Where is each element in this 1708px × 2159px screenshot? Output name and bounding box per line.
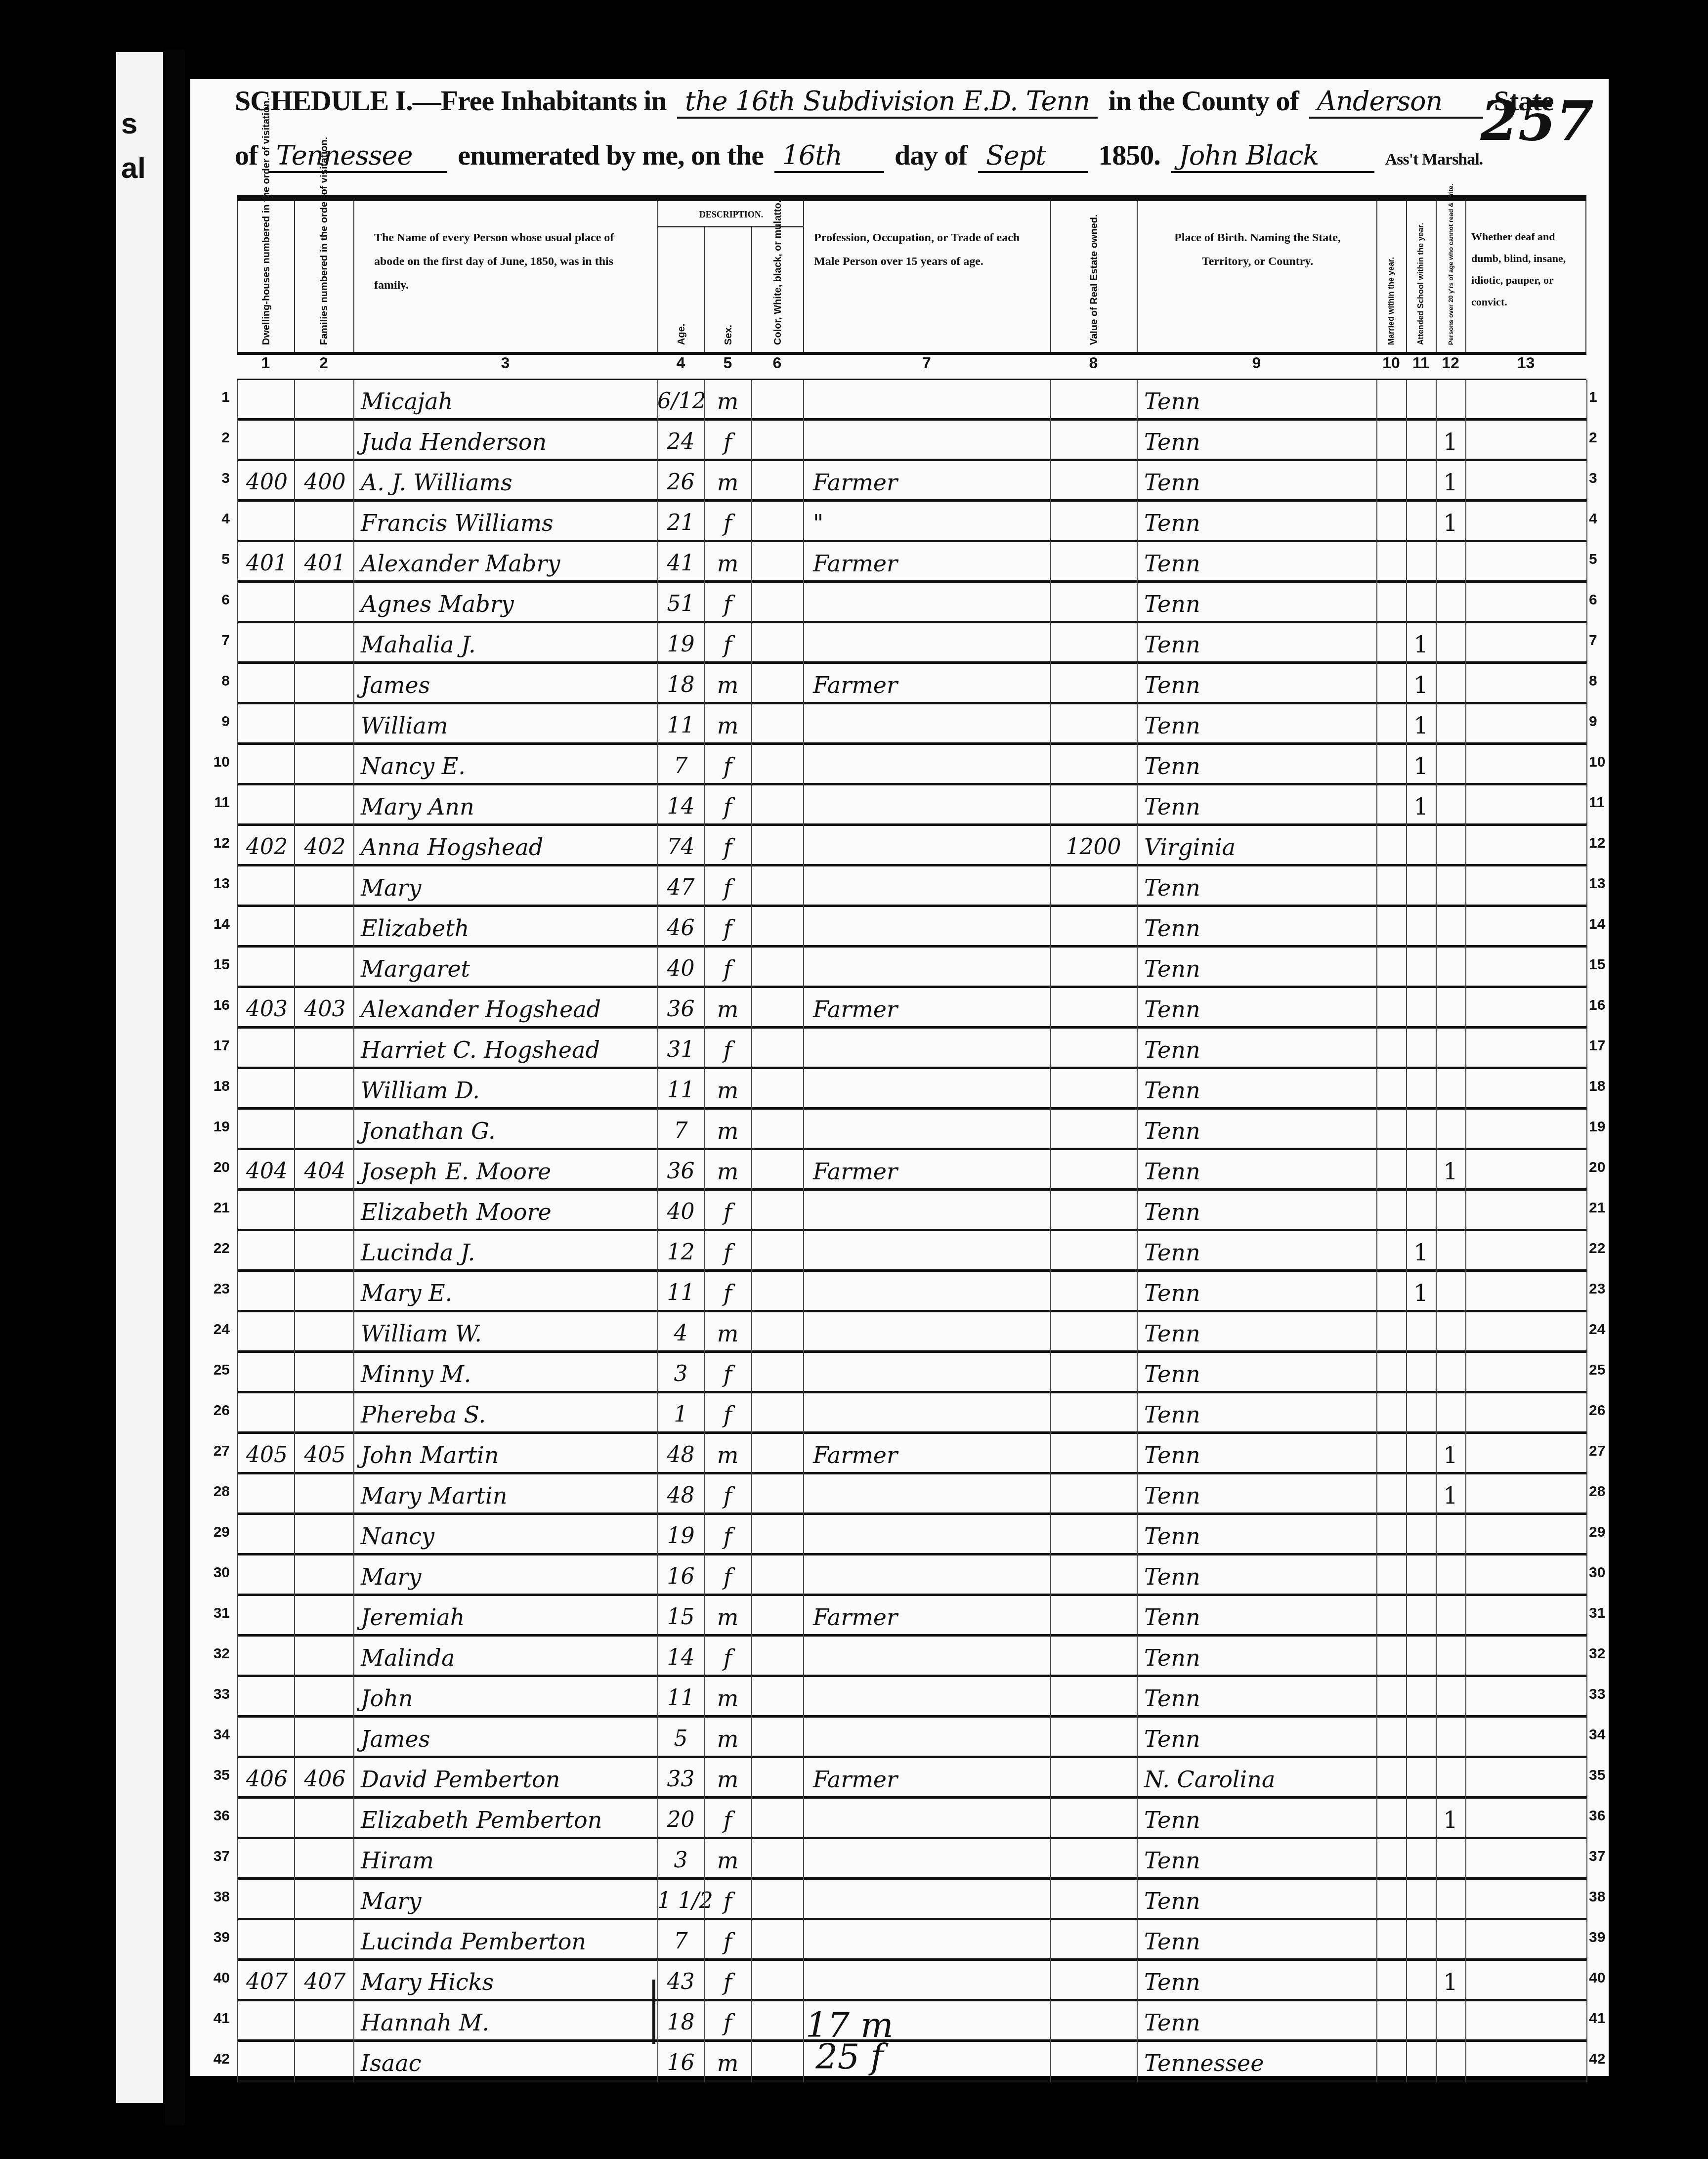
column-divider (1465, 1637, 1466, 1677)
column-divider (294, 1312, 295, 1353)
column-divider (1586, 1110, 1587, 1150)
real-estate-value (1050, 1358, 1137, 1390)
real-estate-value (1050, 1601, 1137, 1634)
column-divider (1436, 2042, 1437, 2082)
age: 26 (657, 466, 704, 499)
line-number-left: 3 (200, 470, 230, 487)
column-divider (704, 866, 705, 907)
column-divider (294, 1029, 295, 1069)
family-number: 400 (297, 466, 353, 499)
column-divider (657, 745, 658, 785)
column-divider (1050, 1677, 1051, 1718)
sex: f (704, 588, 751, 620)
family-number (297, 1236, 353, 1269)
column-divider (751, 907, 752, 948)
column-divider (1137, 1637, 1138, 1677)
column-divider (751, 1312, 752, 1353)
column-divider (803, 1920, 804, 1961)
sex: m (704, 1074, 751, 1107)
column-divider (1465, 2042, 1466, 2082)
column-divider (1436, 1393, 1437, 1434)
form-title: SCHEDULE I.—Free Inhabitants in (235, 85, 667, 117)
school-mark (1406, 1439, 1436, 1471)
column-divider (237, 542, 238, 583)
column-divider (803, 1069, 804, 1110)
age: 1 (657, 1398, 704, 1431)
line-number-left: 24 (200, 1321, 230, 1338)
sex: m (704, 466, 751, 499)
person-name: Mary (361, 1885, 657, 1917)
column-divider (294, 1799, 295, 1839)
column-divider (1465, 1555, 1466, 1596)
column-divider (1465, 948, 1466, 988)
table-row: 28Mary Martin48fTenn128 (190, 1474, 1609, 1515)
family-number (297, 1844, 353, 1877)
family-number (297, 750, 353, 782)
table-row: 31Jeremiah15mFarmerTenn31 (190, 1596, 1609, 1637)
state-field: Tennessee (268, 140, 447, 173)
line-number-left: 6 (200, 592, 230, 608)
column-divider (237, 1961, 238, 2001)
column-divider (751, 1677, 752, 1718)
occupation (813, 426, 1050, 458)
family-number (297, 1885, 353, 1917)
illiterate-mark (1436, 1236, 1465, 1269)
birthplace: Tenn (1144, 1966, 1376, 1998)
condition (1465, 1277, 1586, 1309)
column-divider (1586, 1596, 1587, 1637)
column-divider (1465, 1393, 1466, 1434)
column-divider (1586, 380, 1587, 421)
condition (1465, 547, 1586, 580)
married-mark (1376, 1439, 1406, 1471)
col-num-12: 12 (1436, 354, 1465, 372)
column-divider (751, 664, 752, 704)
married-mark (1376, 831, 1406, 864)
table-row: 25Minny M.3fTenn25 (190, 1353, 1609, 1393)
age: 7 (657, 1115, 704, 1147)
birthplace: Tenn (1144, 426, 1376, 458)
sex: m (704, 1844, 751, 1877)
sex: f (704, 1804, 751, 1836)
column-divider (1137, 380, 1138, 421)
real-estate-value (1050, 912, 1137, 945)
column-divider (237, 1515, 238, 1555)
school-mark (1406, 426, 1436, 458)
column-divider (1376, 826, 1377, 866)
column-divider (1376, 583, 1377, 623)
condition (1465, 1723, 1586, 1755)
column-divider (1050, 1596, 1051, 1637)
column-divider (1376, 1839, 1377, 1880)
col-title-10: Married within the year. (1386, 257, 1398, 345)
sex: m (704, 993, 751, 1026)
real-estate-value (1050, 1236, 1137, 1269)
column-divider (1137, 1961, 1138, 2001)
column-divider (1586, 866, 1587, 907)
illiterate-mark (1436, 709, 1465, 742)
dwelling-number: 401 (240, 547, 294, 580)
column-divider (704, 1272, 705, 1312)
column-divider (353, 623, 354, 664)
birthplace: Tenn (1144, 1196, 1376, 1228)
column-divider (803, 1393, 804, 1434)
column-divider (1406, 1110, 1407, 1150)
line-number-right: 37 (1589, 1848, 1619, 1865)
school-mark: 1 (1406, 1277, 1436, 1309)
col-num-5: 5 (704, 354, 751, 372)
column-divider (1050, 1434, 1051, 1474)
column-divider (803, 421, 804, 461)
column-divider (803, 2001, 804, 2042)
column-divider (1050, 1758, 1051, 1799)
column-divider (1465, 1272, 1466, 1312)
sex: m (704, 669, 751, 701)
condition (1465, 1763, 1586, 1796)
line-number-right: 10 (1589, 754, 1619, 771)
column-divider (803, 1150, 804, 1191)
age: 41 (657, 547, 704, 580)
column-divider (1137, 542, 1138, 583)
illiterate-mark: 1 (1436, 1155, 1465, 1188)
column-divider (1050, 907, 1051, 948)
condition (1465, 1196, 1586, 1228)
family-number (297, 385, 353, 418)
column-divider (704, 988, 705, 1029)
real-estate-value (1050, 628, 1137, 661)
column-divider (751, 745, 752, 785)
column-divider (237, 785, 238, 826)
column-divider (657, 907, 658, 948)
condition (1465, 385, 1586, 418)
column-divider (1465, 1069, 1466, 1110)
sex: m (704, 1601, 751, 1634)
person-name: Minny M. (361, 1358, 657, 1390)
column-divider (1465, 1110, 1466, 1150)
line-number-left: 4 (200, 511, 230, 527)
column-divider (294, 1839, 295, 1880)
column-divider (1586, 1880, 1587, 1920)
column-divider (1406, 1191, 1407, 1231)
column-divider (294, 948, 295, 988)
line-number-left: 8 (200, 673, 230, 690)
line-number-right: 23 (1589, 1281, 1619, 1297)
column-divider (237, 502, 238, 542)
column-divider (1406, 1799, 1407, 1839)
column-divider (751, 1920, 752, 1961)
column-divider (1436, 1069, 1437, 1110)
column-divider (1137, 583, 1138, 623)
birthplace: Tenn (1144, 1601, 1376, 1634)
column-divider (704, 623, 705, 664)
tally-females: 25 f (806, 2041, 894, 2073)
column-divider (1586, 1393, 1587, 1434)
person-name: Hiram (361, 1844, 657, 1877)
column-divider (803, 1515, 804, 1555)
column-divider (294, 1637, 295, 1677)
school-mark: 1 (1406, 628, 1436, 661)
condition (1465, 1804, 1586, 1836)
sex: f (704, 1641, 751, 1674)
column-divider (1376, 948, 1377, 988)
column-divider (237, 1596, 238, 1637)
family-number (297, 952, 353, 985)
real-estate-value (1050, 1196, 1137, 1228)
column-divider (657, 1799, 658, 1839)
illiterate-mark (1436, 588, 1465, 620)
column-divider (803, 948, 804, 988)
column-divider (353, 1393, 354, 1434)
column-divider (1465, 380, 1466, 421)
age: 5 (657, 1723, 704, 1755)
column-divider (237, 623, 238, 664)
column-divider (1137, 461, 1138, 502)
column-divider (704, 1920, 705, 1961)
col-title-7: Profession, Occupation, or Trade of each… (814, 226, 1041, 273)
married-mark (1376, 1601, 1406, 1634)
birthplace: Tenn (1144, 1520, 1376, 1553)
table-row: 33John11mTenn33 (190, 1677, 1609, 1718)
column-divider (1436, 1474, 1437, 1515)
dwelling-number (240, 588, 294, 620)
family-number: 404 (297, 1155, 353, 1188)
age: 48 (657, 1439, 704, 1471)
condition (1465, 466, 1586, 499)
column-divider (353, 1555, 354, 1596)
occupation: Farmer (813, 1155, 1050, 1188)
column-divider (751, 1839, 752, 1880)
line-number-left: 20 (200, 1159, 230, 1176)
sex: f (704, 952, 751, 985)
occupation: Farmer (813, 547, 1050, 580)
condition (1465, 669, 1586, 701)
column-divider (751, 1191, 752, 1231)
column-divider (353, 1434, 354, 1474)
birthplace: Tenn (1144, 466, 1376, 499)
column-divider (1436, 1880, 1437, 1920)
age: 47 (657, 871, 704, 904)
birthplace: Tenn (1144, 790, 1376, 823)
column-divider (1050, 1839, 1051, 1880)
column-divider (1376, 1110, 1377, 1150)
birthplace: Tenn (1144, 912, 1376, 945)
line-number-left: 21 (200, 1200, 230, 1216)
column-divider (751, 1799, 752, 1839)
dwelling-number (240, 1723, 294, 1755)
column-divider (704, 785, 705, 826)
age: 36 (657, 993, 704, 1026)
age: 74 (657, 831, 704, 864)
column-divider (1436, 1596, 1437, 1637)
adjacent-page-fragment: s (121, 106, 137, 140)
column-divider (803, 1029, 804, 1069)
column-divider (1050, 2001, 1051, 2042)
column-divider (751, 1029, 752, 1069)
column-divider (1436, 1150, 1437, 1191)
real-estate-value (1050, 952, 1137, 985)
line-number-left: 27 (200, 1443, 230, 1460)
real-estate-value (1050, 385, 1137, 418)
family-number (297, 1115, 353, 1147)
column-divider (353, 1637, 354, 1677)
column-divider (704, 1393, 705, 1434)
column-divider (1586, 1839, 1587, 1880)
sex: m (704, 1723, 751, 1755)
column-divider (1050, 704, 1051, 745)
column-divider (704, 1353, 705, 1393)
family-number (297, 1560, 353, 1593)
line-number-left: 38 (200, 1889, 230, 1905)
occupation: Farmer (813, 669, 1050, 701)
sex: f (704, 1885, 751, 1917)
occupation: Farmer (813, 1439, 1050, 1471)
column-divider (1586, 1515, 1587, 1555)
column-divider (1586, 1069, 1587, 1110)
column-divider (657, 461, 658, 502)
column-divider (1406, 461, 1407, 502)
column-divider (1376, 1272, 1377, 1312)
sex: f (704, 1479, 751, 1512)
sex: m (704, 1115, 751, 1147)
line-number-right: 8 (1589, 673, 1619, 690)
age: 6/12 (657, 385, 704, 418)
column-divider (1376, 1231, 1377, 1272)
column-divider (704, 745, 705, 785)
table-row: 15Margaret40fTenn15 (190, 948, 1609, 988)
married-mark (1376, 993, 1406, 1026)
column-divider (1586, 1150, 1587, 1191)
age: 40 (657, 952, 704, 985)
month-field: Sept (978, 140, 1088, 173)
age: 15 (657, 1601, 704, 1634)
column-divider (1406, 1312, 1407, 1353)
occupation: Farmer (813, 466, 1050, 499)
table-row: 35406406David Pemberton33mFarmerN. Carol… (190, 1758, 1609, 1799)
column-divider (803, 1353, 804, 1393)
birthplace: Tenn (1144, 871, 1376, 904)
person-name: William (361, 709, 657, 742)
married-mark (1376, 1034, 1406, 1066)
illiterate-mark (1436, 1034, 1465, 1066)
column-divider (1376, 866, 1377, 907)
county-field: Anderson (1309, 86, 1483, 119)
column-divider (704, 1596, 705, 1637)
column-divider (1137, 785, 1138, 826)
column-divider (1137, 1920, 1138, 1961)
birthplace: Tenn (1144, 1844, 1376, 1877)
person-name: Nancy (361, 1520, 657, 1553)
col-header-dwelling: Dwelling-houses numbered in the order of… (237, 201, 294, 352)
occupation (813, 750, 1050, 782)
person-name: James (361, 1723, 657, 1755)
school-mark (1406, 1358, 1436, 1390)
line-number-left: 23 (200, 1281, 230, 1297)
occupation (813, 1641, 1050, 1674)
person-name: Juda Henderson (361, 426, 657, 458)
age: 14 (657, 790, 704, 823)
illiterate-mark (1436, 1844, 1465, 1877)
occupation (813, 1804, 1050, 1836)
column-divider (1376, 1596, 1377, 1637)
person-name: Mary (361, 1560, 657, 1593)
column-divider (751, 1758, 752, 1799)
column-divider (657, 1272, 658, 1312)
age: 3 (657, 1844, 704, 1877)
col-header-illiterate: Persons over 20 y'rs of age who cannot r… (1436, 201, 1465, 352)
line-number-left: 14 (200, 916, 230, 933)
condition (1465, 871, 1586, 904)
sex: f (704, 1398, 751, 1431)
family-number (297, 709, 353, 742)
family-number (297, 507, 353, 539)
sex: m (704, 1682, 751, 1715)
line-number-right: 40 (1589, 1970, 1619, 1986)
column-divider (1586, 542, 1587, 583)
column-divider (1465, 1961, 1466, 2001)
column-divider (353, 1474, 354, 1515)
dwelling-number (240, 709, 294, 742)
dwelling-number (240, 2047, 294, 2079)
column-divider (1406, 542, 1407, 583)
illiterate-mark (1436, 1560, 1465, 1593)
column-divider (353, 745, 354, 785)
column-divider (294, 1596, 295, 1637)
column-divider (751, 1272, 752, 1312)
column-divider (353, 1718, 354, 1758)
column-divider (1436, 745, 1437, 785)
col-title-11: Attended School within the year. (1415, 223, 1427, 345)
illiterate-mark (1436, 2006, 1465, 2039)
school-mark: 1 (1406, 709, 1436, 742)
dwelling-number (240, 1641, 294, 1674)
line-number-right: 33 (1589, 1686, 1619, 1703)
illiterate-mark: 1 (1436, 1479, 1465, 1512)
column-divider (751, 542, 752, 583)
column-divider (353, 704, 354, 745)
married-mark (1376, 1560, 1406, 1593)
condition (1465, 750, 1586, 782)
birthplace: Tenn (1144, 709, 1376, 742)
birthplace: Tenn (1144, 588, 1376, 620)
column-divider (803, 1434, 804, 1474)
column-divider (1376, 1069, 1377, 1110)
real-estate-value (1050, 1885, 1137, 1917)
column-divider (1137, 1474, 1138, 1515)
census-page: SCHEDULE I.—Free Inhabitants in the 16th… (190, 79, 1609, 2076)
column-divider (237, 1110, 238, 1150)
person-name: Jeremiah (361, 1601, 657, 1634)
school-mark (1406, 1804, 1436, 1836)
column-divider (1436, 502, 1437, 542)
dwelling-number: 406 (240, 1763, 294, 1796)
column-divider (353, 1839, 354, 1880)
column-divider (657, 1150, 658, 1191)
occupation: Farmer (813, 993, 1050, 1026)
column-divider (294, 1150, 295, 1191)
column-divider (1376, 1961, 1377, 2001)
column-divider (751, 2001, 752, 2042)
line-number-left: 15 (200, 956, 230, 973)
column-divider (704, 583, 705, 623)
column-divider (657, 664, 658, 704)
school-mark (1406, 993, 1436, 1026)
footer-tally: 17 m 25 f (806, 2009, 894, 2073)
illiterate-mark (1436, 385, 1465, 418)
age: 18 (657, 669, 704, 701)
person-name: David Pemberton (361, 1763, 657, 1796)
real-estate-value (1050, 1479, 1137, 1512)
school-mark (1406, 1317, 1436, 1350)
